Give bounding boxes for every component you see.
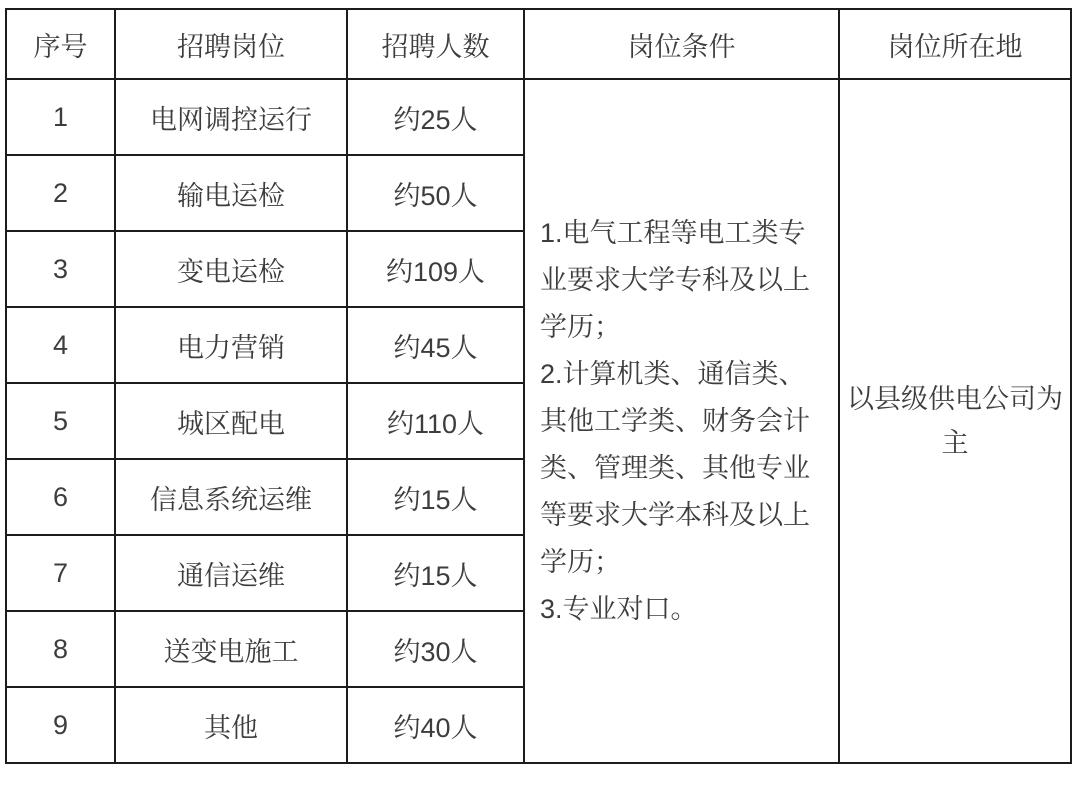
position-cell: 送变电施工 [115,611,347,687]
seq-cell: 2 [6,155,115,231]
position-cell: 信息系统运维 [115,459,347,535]
position-cell: 电力营销 [115,307,347,383]
headcount-cell: 约109人 [347,231,524,307]
headcount-cell: 约25人 [347,79,524,155]
position-cell: 城区配电 [115,383,347,459]
seq-cell: 1 [6,79,115,155]
seq-cell: 5 [6,383,115,459]
headcount-cell: 约15人 [347,459,524,535]
col-header-headcount: 招聘人数 [347,9,524,79]
recruitment-table: 序号 招聘岗位 招聘人数 岗位条件 岗位所在地 1 电网调控运行 约25人 1.… [5,8,1072,764]
col-header-seq: 序号 [6,9,115,79]
headcount-cell: 约30人 [347,611,524,687]
header-row: 序号 招聘岗位 招聘人数 岗位条件 岗位所在地 [6,9,1071,79]
seq-cell: 6 [6,459,115,535]
location-cell: 以县级供电公司为主 [839,79,1071,763]
position-cell: 输电运检 [115,155,347,231]
headcount-cell: 约40人 [347,687,524,763]
seq-cell: 8 [6,611,115,687]
col-header-location: 岗位所在地 [839,9,1071,79]
headcount-cell: 约45人 [347,307,524,383]
position-cell: 通信运维 [115,535,347,611]
position-cell: 变电运检 [115,231,347,307]
position-cell: 其他 [115,687,347,763]
headcount-cell: 约15人 [347,535,524,611]
table-row: 1 电网调控运行 约25人 1.电气工程等电工类专业要求大学专科及以上学历； 2… [6,79,1071,155]
seq-cell: 3 [6,231,115,307]
col-header-conditions: 岗位条件 [524,9,839,79]
seq-cell: 9 [6,687,115,763]
seq-cell: 7 [6,535,115,611]
conditions-cell: 1.电气工程等电工类专业要求大学专科及以上学历； 2.计算机类、通信类、其他工学… [524,79,839,763]
seq-cell: 4 [6,307,115,383]
col-header-position: 招聘岗位 [115,9,347,79]
headcount-cell: 约50人 [347,155,524,231]
headcount-cell: 约110人 [347,383,524,459]
position-cell: 电网调控运行 [115,79,347,155]
